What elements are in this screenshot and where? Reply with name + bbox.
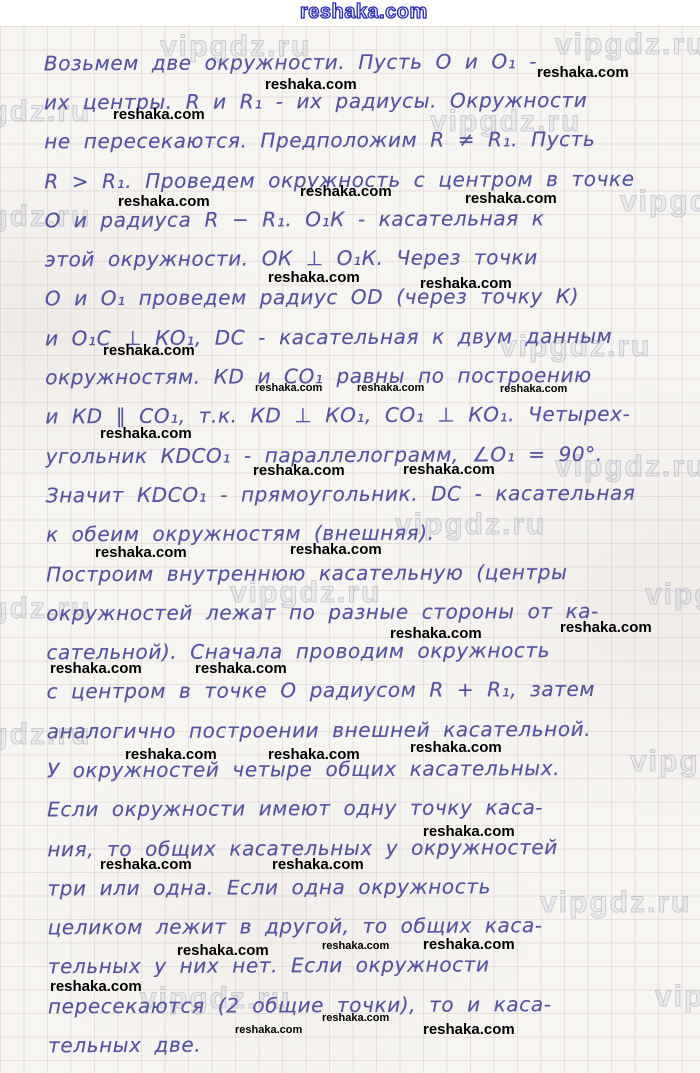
reshaka-watermark: reshaka.com [500,383,567,395]
reshaka-watermark: reshaka.com [423,823,515,840]
reshaka-watermark: reshaka.com [100,856,192,873]
reshaka-watermark: reshaka.com [300,183,392,200]
reshaka-watermark: reshaka.com [272,856,364,873]
top-strip: reshaka.com [0,0,700,26]
reshaka-watermark: reshaka.com [290,541,382,558]
reshaka-watermark: reshaka.com [357,382,424,394]
reshaka-watermark: reshaka.com [268,746,360,763]
reshaka-watermark: reshaka.com [177,942,269,959]
reshaka-watermark: reshaka.com [322,940,389,952]
reshaka-logo-watermark: reshaka.com [300,1,428,24]
handwritten-line: О и радиуса R − R₁. О₁К - касательная к [0,198,699,240]
reshaka-watermark: reshaka.com [268,269,360,286]
handwritten-line: Если окружности имеют одну точку каса- [1,787,700,829]
reshaka-watermark: reshaka.com [537,64,629,81]
reshaka-watermark: reshaka.com [465,190,557,207]
reshaka-watermark: reshaka.com [403,461,495,478]
reshaka-watermark: reshaka.com [255,382,322,394]
reshaka-watermark: reshaka.com [390,625,482,642]
reshaka-watermark: reshaka.com [410,739,502,756]
handwritten-line: Значит КDСО₁ - прямоугольник. DС - касат… [0,473,700,515]
reshaka-watermark: reshaka.com [322,1012,389,1024]
reshaka-watermark: reshaka.com [195,660,287,677]
reshaka-watermark: reshaka.com [103,342,195,359]
handwritten-line: аналогично построении внешней касательно… [1,709,700,751]
reshaka-watermark: reshaka.com [265,76,357,93]
reshaka-watermark: reshaka.com [50,978,142,995]
handwritten-line: тельных две. [2,1023,700,1065]
reshaka-watermark: reshaka.com [118,193,210,210]
reshaka-watermark: reshaka.com [423,1021,515,1038]
reshaka-watermark: reshaka.com [560,619,652,636]
handwritten-line: не пересекаются. Предположим R ≠ R₁. Пус… [0,119,698,161]
reshaka-watermark: reshaka.com [95,544,187,561]
reshaka-watermark: reshaka.com [423,936,515,953]
reshaka-watermark: reshaka.com [100,425,192,442]
handwritten-line: окружностям. КD и СО₁ равны по построени… [0,355,699,397]
reshaka-watermark: reshaka.com [113,106,205,123]
reshaka-watermark: reshaka.com [235,1024,302,1036]
reshaka-watermark: reshaka.com [253,462,345,479]
reshaka-watermark: reshaka.com [125,746,217,763]
page: reshaka.com vipgdz.ru vipgdz.ru vipgdz.r… [0,0,700,1073]
reshaka-watermark: reshaka.com [50,660,142,677]
reshaka-watermark: reshaka.com [420,275,512,292]
